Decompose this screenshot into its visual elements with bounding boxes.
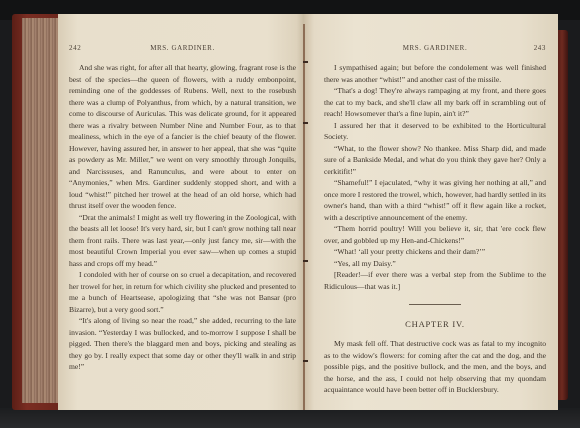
left-page: 242 MRS. GARDINER. And she was right, fo…: [58, 14, 304, 410]
paragraph: “Yes, all my Daisy.”: [324, 258, 546, 270]
paragraph: “What, to the flower show? No thankee. M…: [324, 143, 546, 178]
right-page-body: I sympathised again; but before the cond…: [324, 62, 546, 396]
left-running-head: 242 MRS. GARDINER.: [69, 44, 296, 52]
section-divider-rule: [409, 304, 461, 305]
paragraph: I assured her that it deserved to be exh…: [324, 120, 546, 143]
paragraph: My mask fell off. That destructive cock …: [324, 338, 546, 396]
right-page: MRS. GARDINER. 243 I sympathised again; …: [304, 14, 558, 410]
right-running-title: MRS. GARDINER.: [346, 44, 524, 52]
dark-backdrop-bottom: [0, 408, 580, 428]
left-page-number: 242: [69, 44, 91, 52]
chapter-heading: CHAPTER IV.: [324, 319, 546, 329]
paragraph: “It's along of living so near the road,”…: [69, 315, 296, 373]
left-running-title: MRS. GARDINER.: [91, 44, 274, 52]
right-page-number: 243: [524, 44, 546, 52]
binding-stitch: [303, 122, 308, 124]
right-running-head: MRS. GARDINER. 243: [324, 44, 546, 52]
book-gutter: [303, 24, 305, 410]
paragraph: I sympathised again; but before the cond…: [324, 62, 546, 85]
binding-stitch: [303, 61, 308, 63]
left-page-body: And she was right, for after all that he…: [69, 62, 296, 373]
paragraph: [Reader!—if ever there was a verbal step…: [324, 269, 546, 292]
binding-stitch: [303, 260, 308, 262]
paragraph: I condoled with her of course on so crue…: [69, 269, 296, 315]
paragraph: “Them horrid poultry! Will you believe i…: [324, 223, 546, 246]
paragraph: “What! ‘all your pretty chickens and the…: [324, 246, 546, 258]
paragraph: “That's a dog! They're always rampaging …: [324, 85, 546, 120]
paragraph: “Drat the animals! I might as well try f…: [69, 212, 296, 270]
binding-stitch: [303, 360, 308, 362]
paragraph: “Shameful!” I ejaculated, “why it was gi…: [324, 177, 546, 223]
page-block-edges: [22, 18, 60, 403]
paragraph: And she was right, for after all that he…: [69, 62, 296, 212]
